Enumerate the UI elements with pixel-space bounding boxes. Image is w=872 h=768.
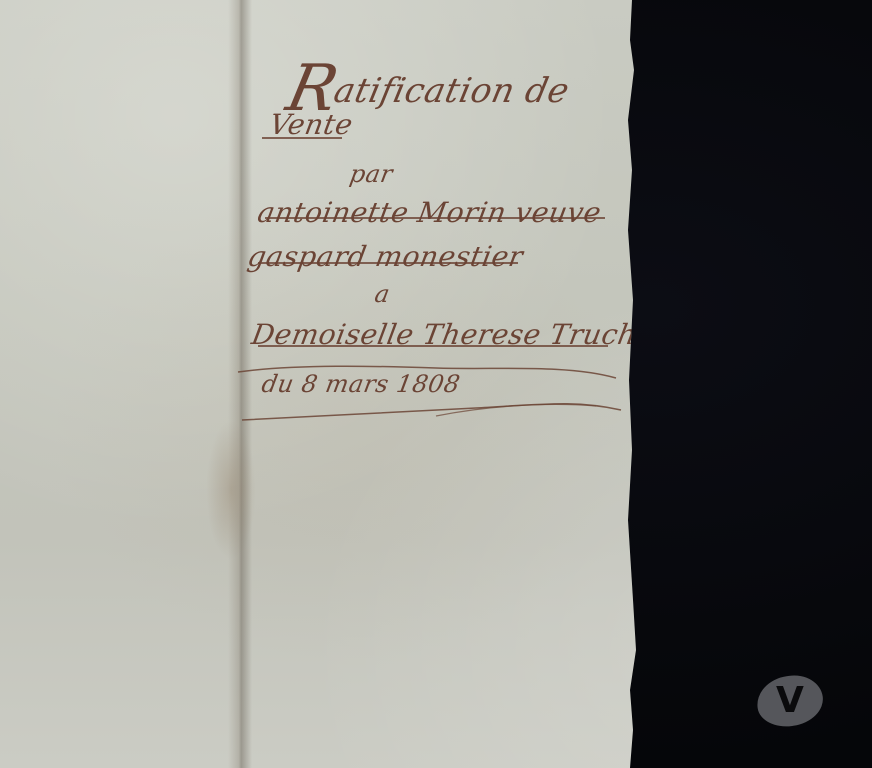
text-seller-spouse: gaspard monestier xyxy=(245,240,526,273)
text-a: a xyxy=(373,280,393,308)
logo-letter: V xyxy=(776,683,804,719)
title-text: atification de xyxy=(330,71,573,111)
paper-stain xyxy=(206,420,256,560)
underline-buyer xyxy=(258,345,608,347)
text-par: par xyxy=(348,160,396,188)
text-seller-name: antoinette Morin veuve xyxy=(255,196,604,229)
underline-seller xyxy=(265,217,605,219)
document-title: Ratification de xyxy=(282,44,579,118)
decorative-flourish xyxy=(236,360,626,430)
underline-vente xyxy=(262,137,342,139)
underline-spouse xyxy=(258,262,518,264)
